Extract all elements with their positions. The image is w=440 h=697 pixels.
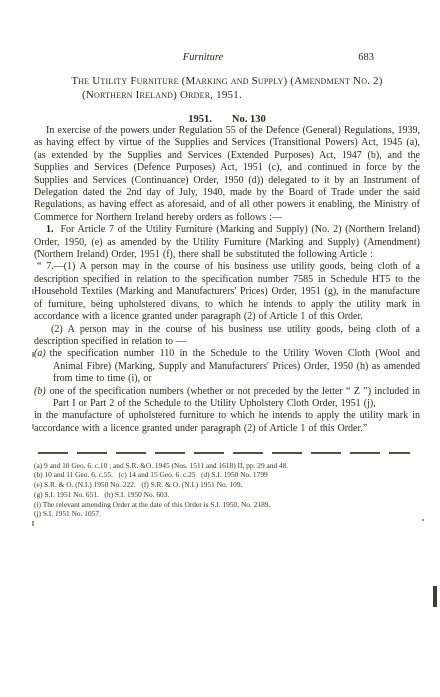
article-1-number: 1.: [46, 224, 54, 235]
order-title: The Utility Furniture (Marking and Suppl…: [34, 75, 420, 102]
scan-artifact: [32, 289, 34, 294]
scan-artifact: [32, 521, 34, 526]
text-column: Furniture 683 The Utility Furniture (Mar…: [34, 52, 420, 519]
quoted-article-closing: in the manufacture of upholstered furnit…: [34, 410, 420, 435]
article-1-text: For Article 7 of the Utility Furniture (…: [34, 224, 420, 260]
order-title-line2: (Northern Ireland) Order, 1951.: [34, 89, 420, 103]
footnote-line: (e) S.R. & O. (N.I.) 1950 No. 222. (f) S…: [34, 480, 420, 490]
footnote-line: (j) S.I. 1951 No. 1057.: [34, 509, 420, 519]
footnote-divider: [38, 452, 410, 454]
footnote-line: (b) 10 and 11 Geo. 6. c.55. (c) 14 and 1…: [34, 470, 420, 480]
item-a-label: (a): [34, 348, 46, 359]
quoted-article-item-a: (a)the specification number 110 in the S…: [34, 348, 420, 385]
preamble-paragraph: In exercise of the powers under Regulati…: [34, 125, 420, 224]
scan-artifact: [433, 586, 437, 607]
scan-artifact: [32, 424, 34, 429]
item-a-text: the specification number 110 in the Sche…: [50, 348, 420, 384]
scanned-document-page: Furniture 683 The Utility Furniture (Mar…: [0, 0, 440, 697]
order-reference: 1951.No. 130: [34, 114, 420, 125]
scan-artifact: [422, 519, 424, 521]
scan-artifact: [137, 130, 139, 132]
running-header-title: Furniture: [10, 52, 396, 63]
footnote-line: (a) 9 and 10 Geo. 6. c.10 ; and S.R. &O.…: [34, 461, 420, 471]
quoted-article-item-b: (b)one of the specification numbers (whe…: [34, 386, 420, 411]
footnotes-block: (a) 9 and 10 Geo. 6. c.10 ; and S.R. &O.…: [34, 461, 420, 519]
item-b-label: (b): [34, 386, 46, 397]
order-number: No. 130: [232, 114, 266, 125]
quoted-article-block: “ 7.—(1) A person may in the course of h…: [34, 261, 420, 435]
page-number: 683: [358, 52, 374, 63]
running-header: Furniture 683: [34, 52, 420, 66]
scan-artifact: [415, 160, 417, 162]
article-1-paragraph: 1.For Article 7 of the Utility Furniture…: [34, 224, 420, 261]
footnote-line: (i) The relevant amending Order at the d…: [34, 500, 420, 510]
footnote-line: (g) S.I. 1951 No. 651. (h) S.I. 1950 No.…: [34, 490, 420, 500]
scan-artifact: [32, 352, 34, 357]
quoted-article-para-1: “ 7.—(1) A person may in the course of h…: [34, 261, 420, 323]
scan-artifact: [37, 250, 39, 252]
order-year: 1951.: [188, 114, 212, 125]
quoted-article-para-2-intro: (2) A person may in the course of his bu…: [34, 324, 420, 349]
item-b-text: one of the specification numbers (whethe…: [50, 386, 420, 409]
order-title-line1: The Utility Furniture (Marking and Suppl…: [34, 75, 420, 89]
